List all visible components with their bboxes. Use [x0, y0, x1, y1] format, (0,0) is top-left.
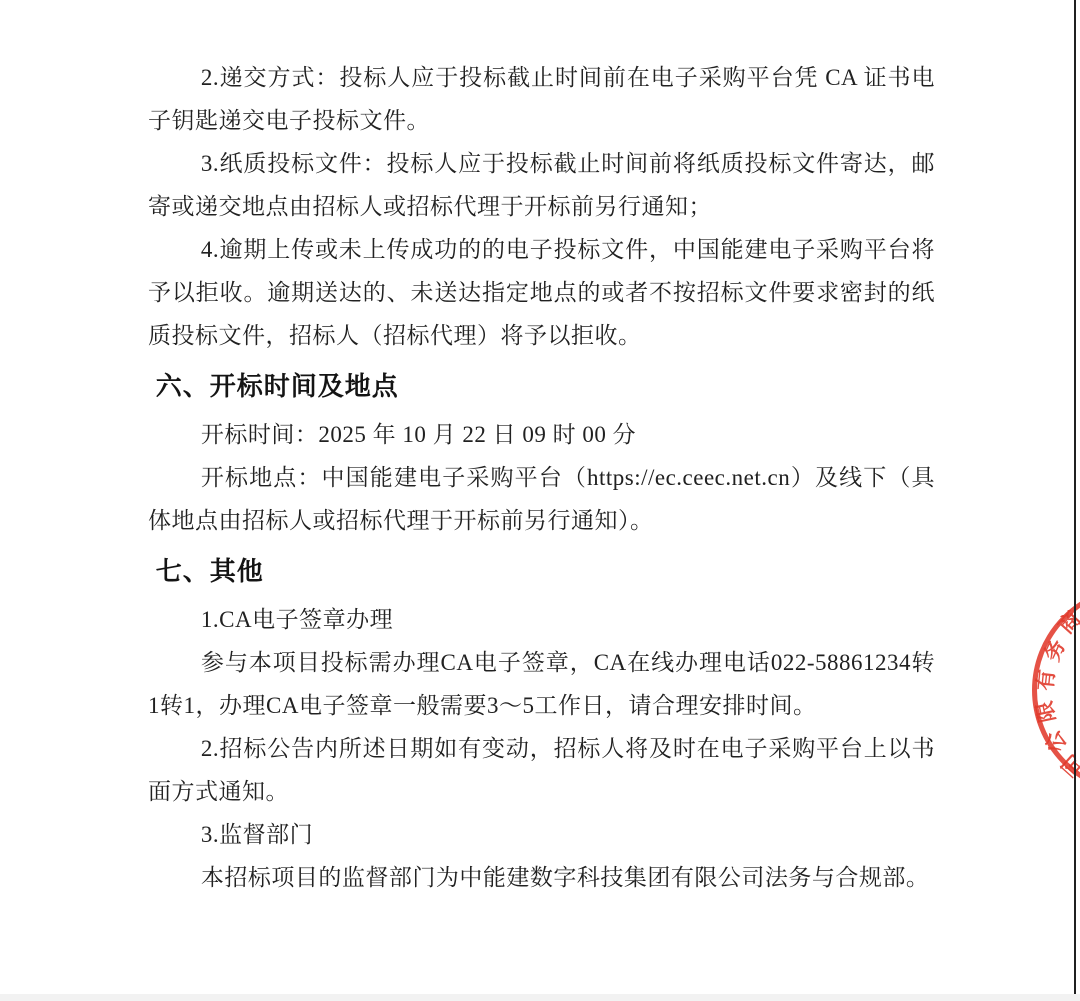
page: { "page": { "background": "#ffffff", "ed…	[0, 0, 1080, 1001]
paragraph: 3.纸质投标文件：投标人应于投标截止时间前将纸质投标文件寄达，邮寄或递交地点由招…	[148, 142, 935, 228]
paragraph: 开标地点：中国能建电子采购平台（https://ec.ceec.net.cn）及…	[148, 456, 935, 542]
paragraph: 1.CA电子签章办理	[148, 598, 935, 641]
seal-arc-char: 有	[1029, 668, 1061, 692]
page-edge-line	[1074, 0, 1076, 1001]
bottom-edge-strip	[0, 994, 1080, 1001]
paragraph: 参与本项目投标需办理CA电子签章，CA在线办理电话022-58861234转1转…	[148, 641, 935, 727]
section-heading: 六、开标时间及地点	[148, 367, 935, 405]
section-heading: 七、其他	[148, 552, 935, 590]
paragraph: 2.递交方式：投标人应于投标截止时间前在电子采购平台凭 CA 证书电子钥匙递交电…	[148, 56, 935, 142]
paragraph: 开标时间：2025 年 10 月 22 日 09 时 00 分	[148, 413, 935, 456]
paragraph: 3.监督部门	[148, 813, 935, 856]
paragraph: 2.招标公告内所述日期如有变动，招标人将及时在电子采购平台上以书面方式通知。	[148, 727, 935, 813]
document-body: 2.递交方式：投标人应于投标截止时间前在电子采购平台凭 CA 证书电子钥匙递交电…	[148, 56, 935, 899]
paragraph: 本招标项目的监督部门为中能建数字科技集团有限公司法务与合规部。	[148, 856, 935, 899]
paragraph: 4.逾期上传或未上传成功的的电子投标文件，中国能建电子采购平台将予以拒收。逾期送…	[148, 228, 935, 357]
